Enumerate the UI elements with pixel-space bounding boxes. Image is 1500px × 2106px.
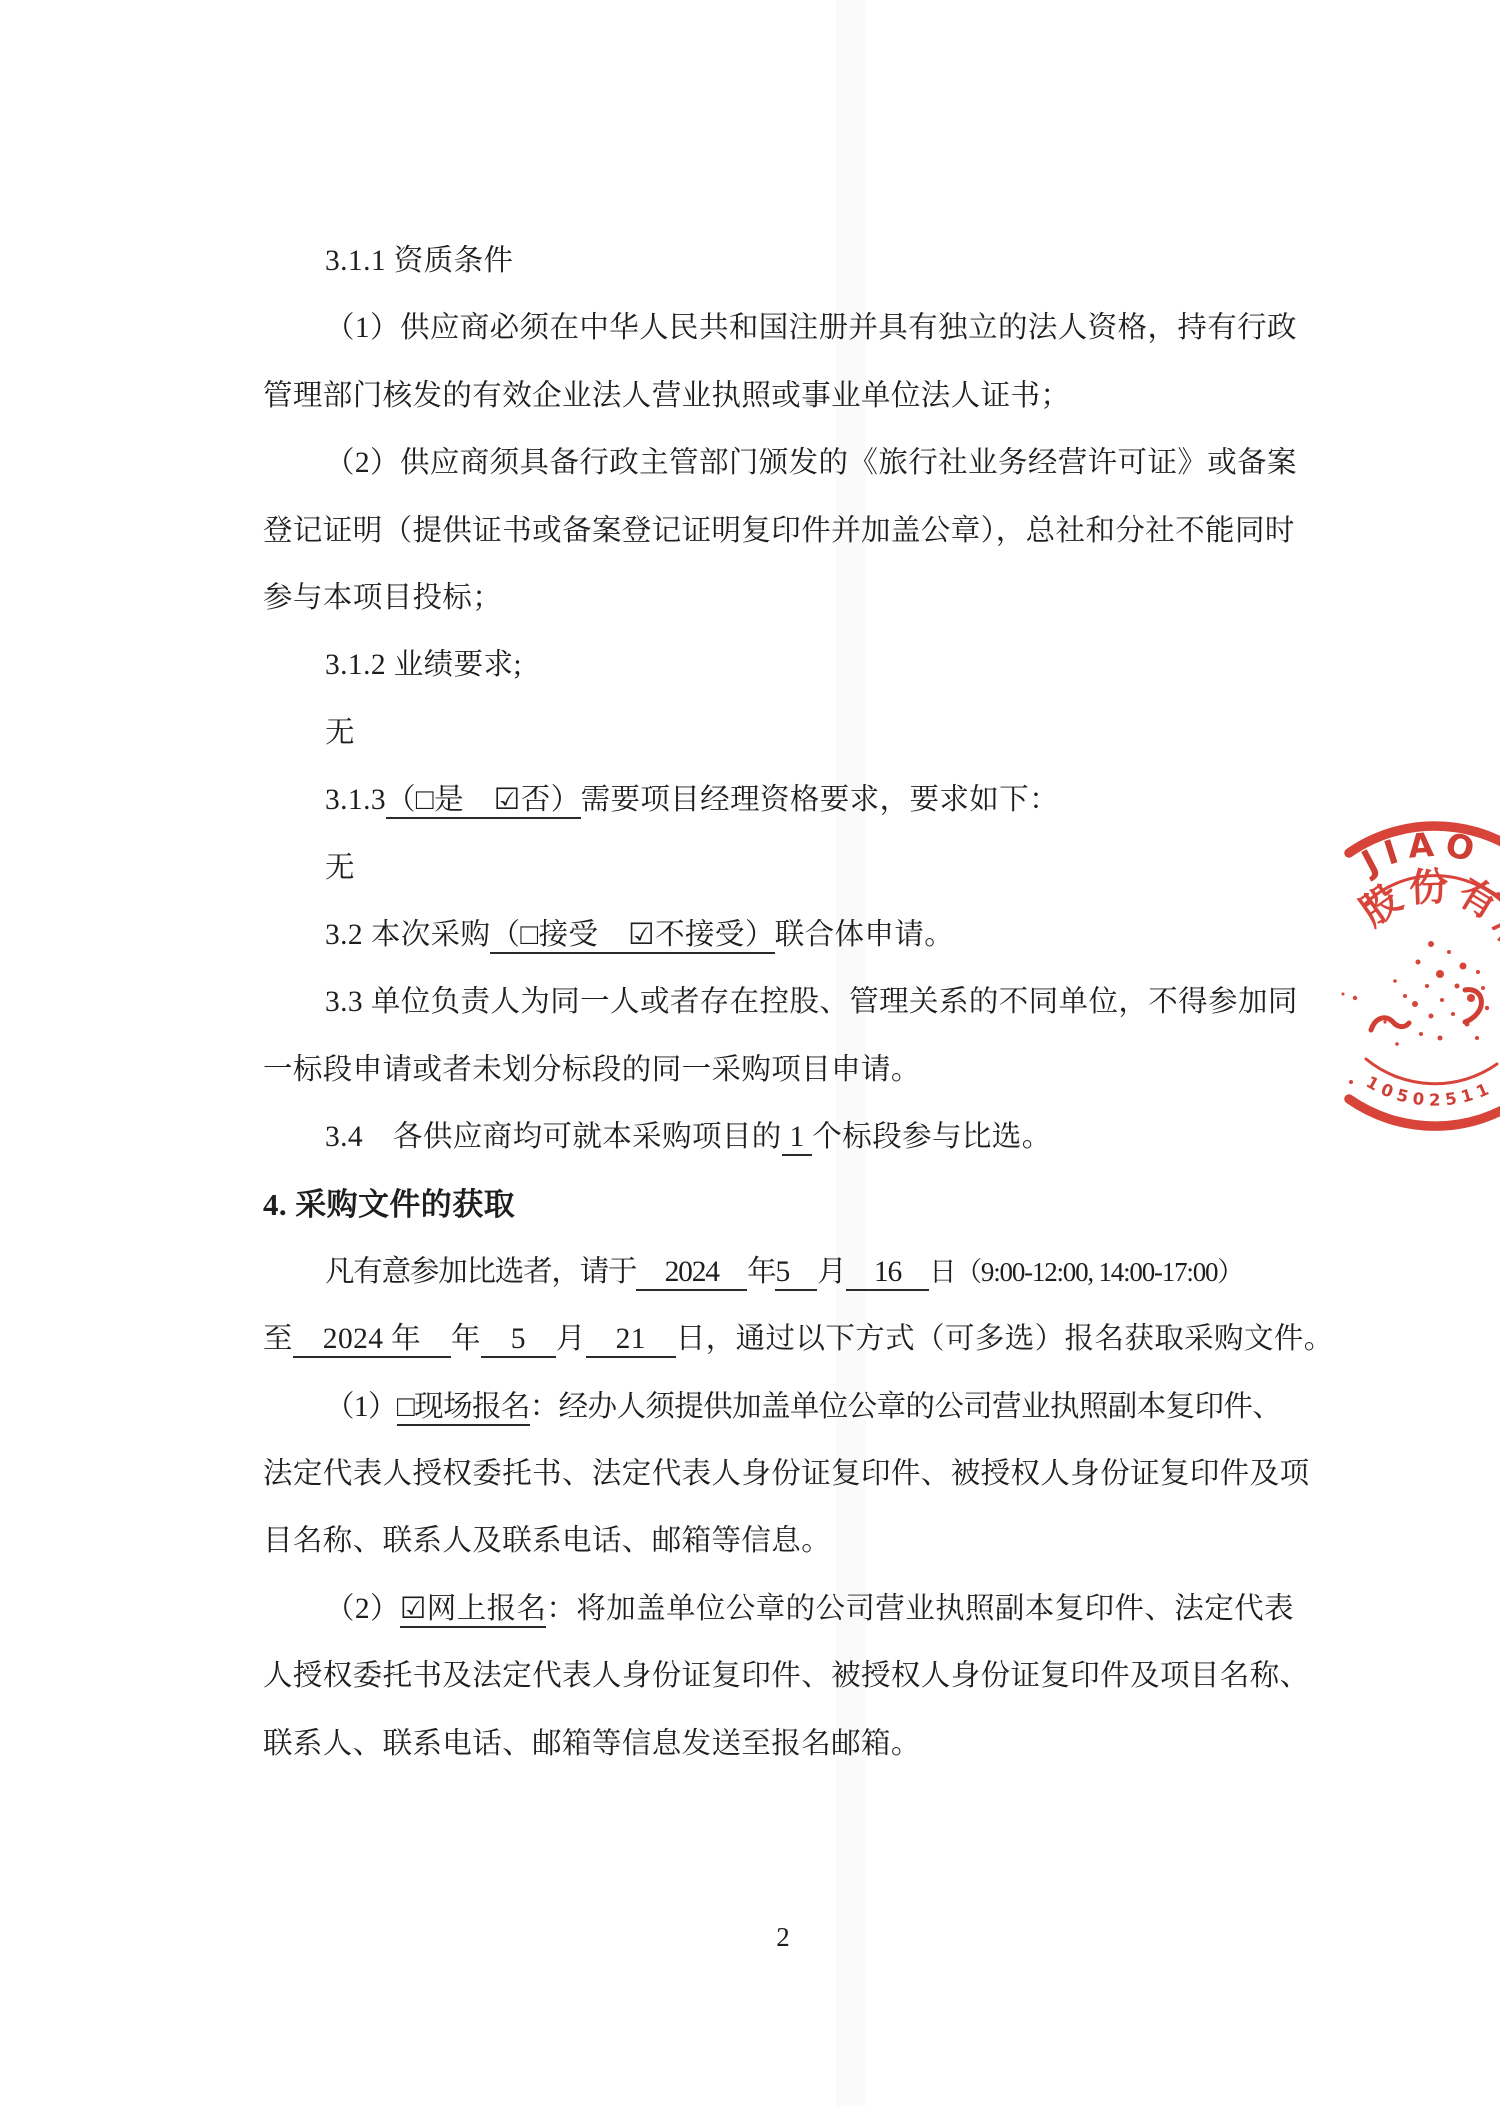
text-segment: 人授权委托书及法定代表人身份证复印件、被授权人身份证复印件及项目名称、 — [263, 1660, 1310, 1692]
doc-line: 凡有意参加比选者，请于 2024 年5 月 16 日（9:00-12:00, 1… — [263, 1239, 1303, 1306]
text-segment: 参与本项目投标； — [263, 582, 502, 614]
text-segment: ：经办人须提供加盖单位公章的公司营业执照副本复印件、 — [530, 1391, 1281, 1423]
seal-company-text: 股份有限公司 — [1235, 776, 1500, 1013]
doc-line: 参与本项目投标； — [263, 565, 1303, 632]
underlined-field: 5 — [775, 1256, 817, 1291]
text-segment: 3.1.2 业绩要求; — [325, 649, 522, 681]
checkbox-options-field: （□接受 ☑不接受） — [490, 919, 774, 954]
doc-line: 3.3 单位负责人为同一人或者存在控股、管理关系的不同单位，不得参加同 — [263, 969, 1303, 1036]
doc-line: 无 — [263, 835, 1303, 902]
seal-center-speckle — [1342, 941, 1490, 1084]
text-segment: 日（9:00-12:00, 14:00-17:00） — [929, 1257, 1243, 1287]
text-segment: 4. 采购文件的获取 — [263, 1187, 515, 1222]
checkbox-option-onsite: □现场报名 — [397, 1391, 530, 1426]
text-segment: 联系人、联系电话、邮箱等信息发送至报名邮箱。 — [263, 1728, 921, 1760]
text-segment: 3.1.3 — [325, 784, 386, 816]
checkbox-option-online: ☑网上报名 — [400, 1593, 546, 1628]
company-seal-stamp: JIAO 股份有限公司 10502511 — [1235, 776, 1500, 1176]
underlined-field: 2024 — [636, 1256, 747, 1291]
underlined-field: 2024 年 — [293, 1323, 451, 1358]
doc-line: 登记证明（提供证书或备案登记证明复印件并加盖公章），总社和分社不能同时 — [263, 498, 1303, 565]
text-segment: ：将加盖单位公章的公司营业执照副本复印件、法定代表 — [546, 1593, 1294, 1625]
text-segment: 法定代表人授权委托书、法定代表人身份证复印件、被授权人身份证复印件及项 — [263, 1458, 1310, 1490]
underlined-field: 21 — [586, 1323, 676, 1358]
checkbox-options-field: （□是 ☑否） — [386, 784, 581, 819]
doc-line: 3.4 各供应商均可就本采购项目的 1 个标段参与比选。 — [263, 1104, 1303, 1171]
doc-line: （1）供应商必须在中华人民共和国注册并具有独立的法人资格，持有行政 — [263, 295, 1303, 362]
seal-serial-number: 10502511 — [1363, 1072, 1497, 1109]
doc-line: 一标段申请或者未划分标段的同一采购项目申请。 — [263, 1037, 1303, 1104]
text-segment: 登记证明（提供证书或备案登记证明复印件并加盖公章），总社和分社不能同时 — [263, 515, 1295, 547]
text-segment: 管理部门核发的有效企业法人营业执照或事业单位法人证书； — [263, 380, 1070, 412]
text-segment: 月 — [556, 1323, 586, 1355]
doc-line: 管理部门核发的有效企业法人营业执照或事业单位法人证书； — [263, 363, 1303, 430]
doc-line: 3.2 本次采购（□接受 ☑不接受）联合体申请。 — [263, 902, 1303, 969]
text-segment: 月 — [817, 1256, 845, 1288]
scanned-document-page: 3.1.1 资质条件 （1）供应商必须在中华人民共和国注册并具有独立的法人资格，… — [0, 0, 1500, 2106]
text-segment: （2） — [325, 1593, 400, 1625]
doc-line: 3.1.1 资质条件 — [263, 228, 1303, 295]
seal-stroke-mark — [1465, 990, 1481, 1022]
doc-line: 3.1.3（□是 ☑否）需要项目经理资格要求，要求如下： — [263, 767, 1303, 834]
text-segment: 3.3 单位负责人为同一人或者存在控股、管理关系的不同单位，不得参加同 — [325, 986, 1298, 1018]
doc-line: （2）☑网上报名：将加盖单位公章的公司营业执照副本复印件、法定代表 — [263, 1576, 1303, 1643]
underlined-field: 1 — [782, 1121, 813, 1156]
doc-line: 联系人、联系电话、邮箱等信息发送至报名邮箱。 — [263, 1711, 1303, 1778]
text-segment: 一标段申请或者未划分标段的同一采购项目申请。 — [263, 1054, 921, 1086]
doc-line: 目名称、联系人及联系电话、邮箱等信息。 — [263, 1508, 1303, 1575]
text-segment: 无 — [325, 852, 355, 884]
text-segment: 凡有意参加比选者，请于 — [325, 1256, 636, 1288]
doc-line: （2）供应商须具备行政主管部门颁发的《旅行社业务经营许可证》或备案 — [263, 430, 1303, 497]
text-segment: 年 — [451, 1323, 481, 1355]
text-segment: 年 — [747, 1256, 775, 1288]
doc-line: 法定代表人授权委托书、法定代表人身份证复印件、被授权人身份证复印件及项 — [263, 1441, 1303, 1508]
text-segment: 无 — [325, 717, 355, 749]
stamp-company-arc-text: 股份有限公司 — [1235, 776, 1500, 1013]
doc-line: 3.1.2 业绩要求; — [263, 632, 1303, 699]
text-segment: 联合体申请。 — [775, 919, 954, 951]
text-segment: 目名称、联系人及联系电话、邮箱等信息。 — [263, 1525, 831, 1557]
text-segment: 3.1.1 资质条件 — [325, 245, 513, 277]
doc-line: 至 2024 年 年 5 月 21 日，通过以下方式（可多选）报名获取采购文件。 — [263, 1306, 1303, 1373]
text-segment: （2）供应商须具备行政主管部门颁发的《旅行社业务经营许可证》或备案 — [325, 447, 1297, 479]
document-body: 3.1.1 资质条件 （1）供应商必须在中华人民共和国注册并具有独立的法人资格，… — [263, 228, 1303, 1778]
doc-line: 无 — [263, 700, 1303, 767]
text-segment: 日，通过以下方式（可多选）报名获取采购文件。 — [676, 1323, 1334, 1355]
text-segment: 需要项目经理资格要求，要求如下： — [581, 784, 1059, 816]
text-segment: 至 — [263, 1323, 293, 1355]
underlined-field: 16 — [846, 1256, 930, 1291]
text-segment: 个标段参与比选。 — [812, 1121, 1051, 1153]
text-segment: 3.2 本次采购 — [325, 919, 490, 951]
seal-stroke-mark — [1371, 1018, 1409, 1030]
section-heading: 4. 采购文件的获取 — [263, 1171, 1303, 1238]
page-number: 2 — [263, 1922, 1303, 1953]
text-segment: 3.4 各供应商均可就本采购项目的 — [325, 1121, 782, 1153]
doc-line: 人授权委托书及法定代表人身份证复印件、被授权人身份证复印件及项目名称、 — [263, 1643, 1303, 1710]
text-segment: （1） — [325, 1391, 397, 1423]
text-segment: （1）供应商必须在中华人民共和国注册并具有独立的法人资格，持有行政 — [325, 312, 1297, 344]
underlined-field: 5 — [481, 1323, 556, 1358]
doc-line: （1）□现场报名：经办人须提供加盖单位公章的公司营业执照副本复印件、 — [263, 1374, 1303, 1441]
stamp-serial-text: 10502511 — [1363, 1072, 1497, 1109]
